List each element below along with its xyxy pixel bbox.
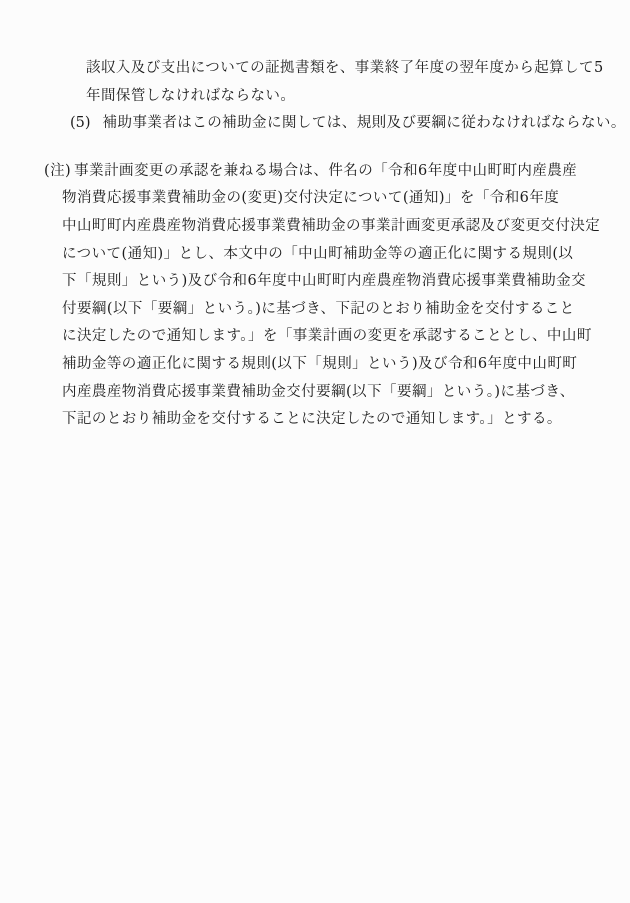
note-line: 下記のとおり補助金を交付することに決定したので通知します。」とする。 (62, 406, 630, 434)
item5-number: (5) (70, 110, 91, 138)
note-line: 下「規則」という)及び令和6年度中山町町内産農産物消費応援事業費補助金交 (62, 268, 630, 296)
document-page: 該収入及び支出についての証拠書類を、事業終了年度の翌年度から起算して5 年間保管… (0, 0, 630, 903)
note-line: 補助金等の適正化に関する規則(以下「規則」という)及び令和6年度中山町町 (62, 351, 630, 379)
note-line: 中山町町内産農産物消費応援事業費補助金の事業計画変更承認及び変更交付決定 (62, 213, 630, 241)
note-paragraph: (注) 事業計画変更の承認を兼ねる場合は、件名の「令和6年度中山町町内産農産 物… (0, 158, 630, 434)
note-line: に決定したので通知します。」を「事業計画の変更を承認することとし、中山町 (62, 323, 630, 351)
note-first-line: 事業計画変更の承認を兼ねる場合は、件名の「令和6年度中山町町内産農産 (74, 158, 577, 186)
note-label: (注) (44, 158, 71, 186)
note-line: 内産農産物消費応援事業費補助金交付要綱(以下「要綱」という。)に基づき、 (62, 379, 630, 407)
note-line: について(通知)」とし、本文中の「中山町補助金等の適正化に関する規則(以 (62, 241, 630, 269)
item5-row: (5) 補助事業者はこの補助金に関しては、規則及び要綱に従わなければならない。 (70, 110, 630, 138)
item5-text: 補助事業者はこの補助金に関しては、規則及び要綱に従わなければならない。 (103, 110, 626, 138)
note-line: 物消費応援事業費補助金の(変更)交付決定について(通知)」を「令和6年度 (62, 185, 630, 213)
note-first-row: (注) 事業計画変更の承認を兼ねる場合は、件名の「令和6年度中山町町内産農産 (44, 158, 630, 186)
item4-continuation-line-2: 年間保管しなければならない。 (86, 83, 630, 111)
item4-continuation-line-1: 該収入及び支出についての証拠書類を、事業終了年度の翌年度から起算して5 (86, 55, 630, 83)
note-line: 付要綱(以下「要綱」という。)に基づき、下記のとおり補助金を交付すること (62, 296, 630, 324)
